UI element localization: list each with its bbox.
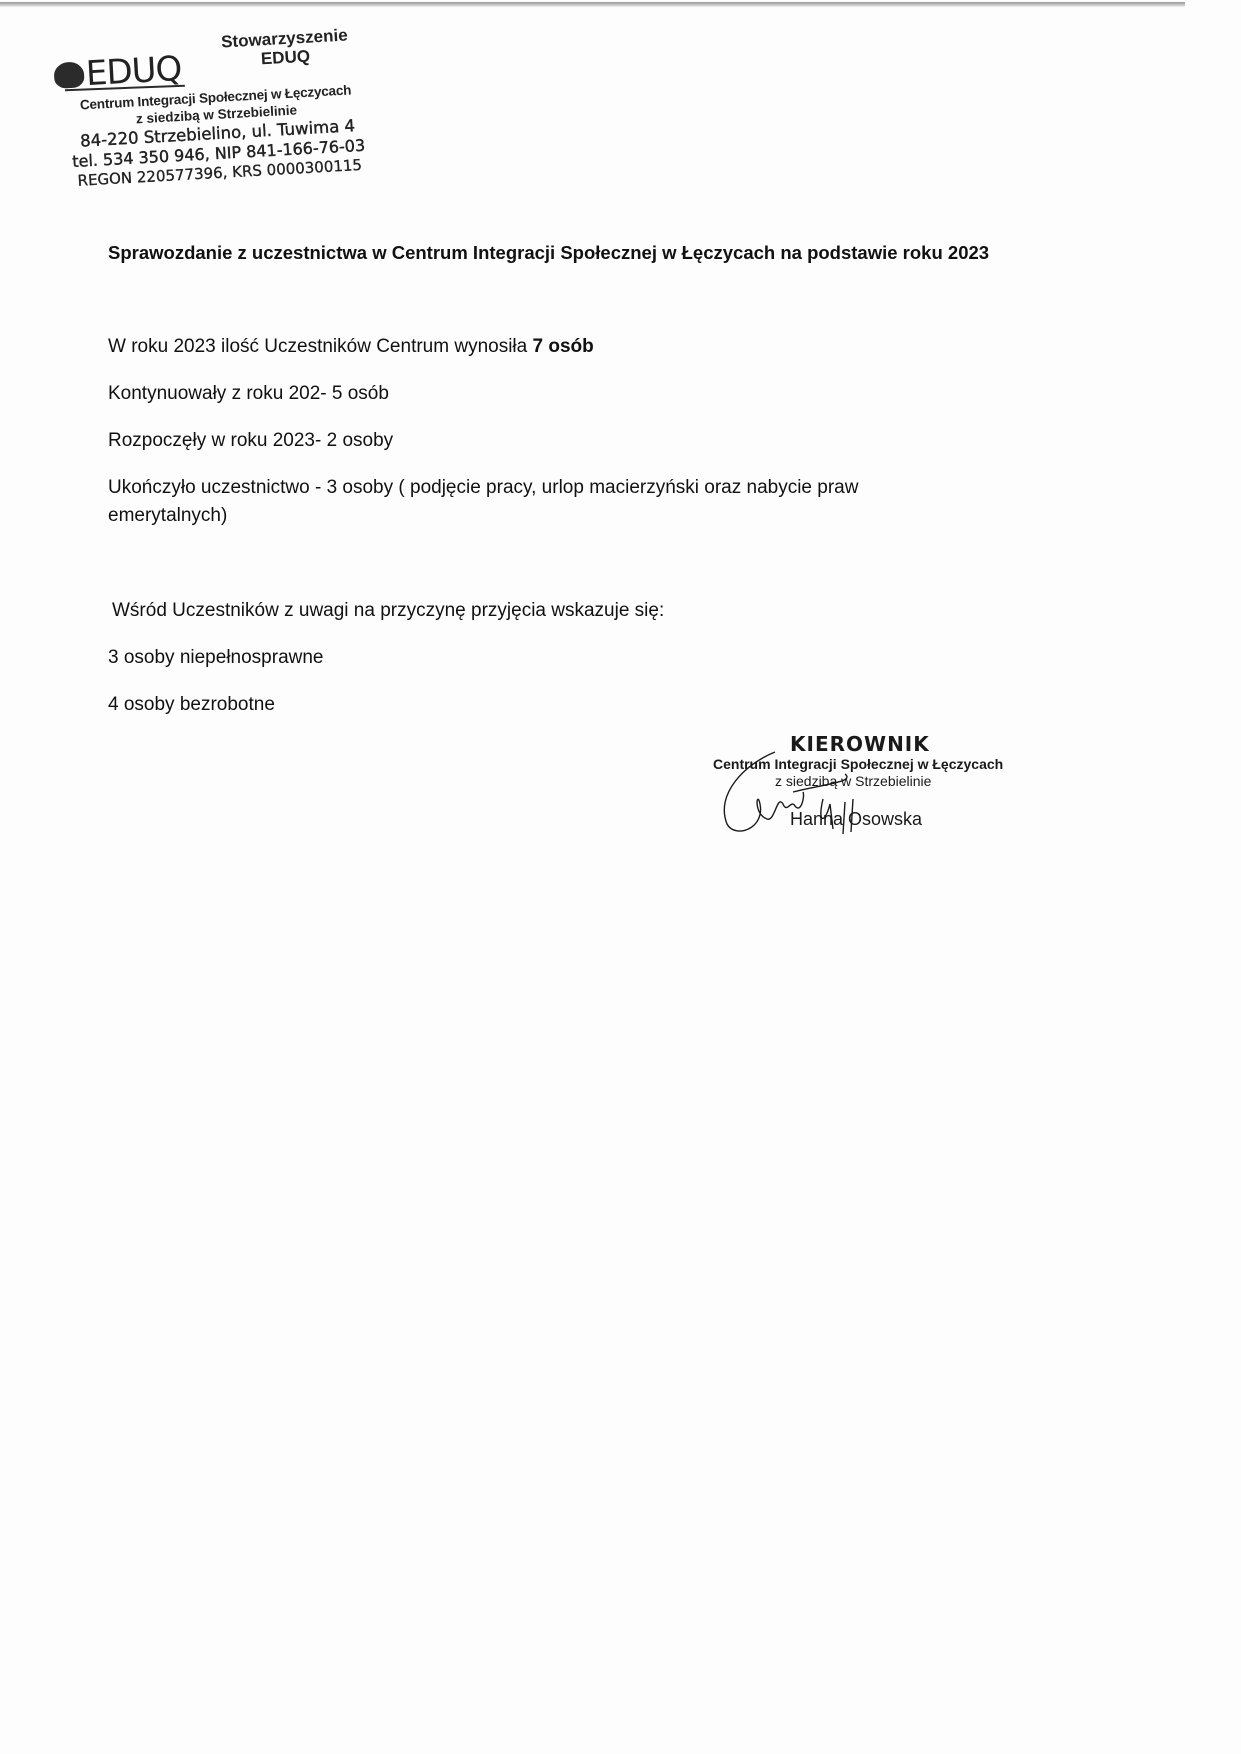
signature-stamp: KIEROWNIK Centrum Integracji Społecznej …: [705, 732, 1005, 842]
document-title: Sprawozdanie z uczestnictwa w Centrum In…: [108, 242, 989, 264]
total-participants: W roku 2023 ilość Uczestników Centrum wy…: [108, 334, 594, 360]
eduq-logo: EDUQ: [53, 49, 182, 96]
organization-stamp: EDUQ Stowarzyszenie EDUQ Centrum Integra…: [52, 20, 390, 188]
reasons-intro: Wśród Uczestników z uwagi na przyczynę p…: [112, 598, 664, 624]
started-participants: Rozpoczęły w roku 2023- 2 osoby: [108, 428, 393, 454]
logo-mark-icon: [53, 61, 84, 89]
completed-participants: Ukończyło uczestnictwo - 3 osoby ( podję…: [108, 474, 968, 530]
total-participants-value: 7 osób: [533, 336, 594, 357]
continued-participants: Kontynuowały z roku 202- 5 osób: [108, 381, 389, 407]
reason-item: 3 osoby niepełnosprawne: [108, 645, 324, 671]
handwritten-signature-icon: [705, 744, 925, 844]
total-participants-label: W roku 2023 ilość Uczestników Centrum wy…: [108, 336, 533, 357]
scan-edge: [0, 2, 1185, 7]
stamp-org-name: Stowarzyszenie EDUQ: [204, 25, 366, 72]
reason-item: 4 osoby bezrobotne: [108, 692, 275, 718]
